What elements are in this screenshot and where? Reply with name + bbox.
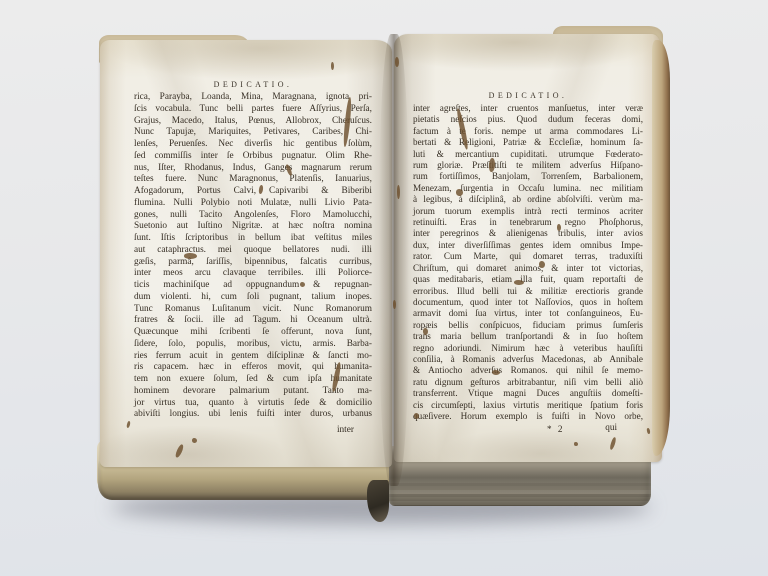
text-line: inter agreſtes, inter cruentos manſuetus… [413,103,643,114]
text-line: Nunc Tapujæ, Mariquites, Petivares, Cari… [134,127,372,139]
left-page-header: DEDICATIO. [134,80,372,89]
text-line: luti & mercantium cupiditati. utrumque F… [413,149,643,160]
text-line: documentum, quod inter tot Naſſovios, qu… [413,297,643,308]
text-line: Quæcunque mihi ſcribenti ſe offerunt, no… [134,327,372,339]
stain-mark [574,442,578,446]
right-page: DEDICATIO. inter agreſtes, inter cruento… [394,34,662,462]
stain-mark [539,261,545,268]
text-line: Chriſtum, qui domaret animos, & inter to… [413,263,643,274]
stain-mark [647,428,651,434]
text-line: gones, nulli Tacito Angolenſes, Floro Ma… [134,210,372,222]
stain-mark [609,437,617,451]
text-line: ropæis bellis conſpicuos, fiduciam primu… [413,320,643,331]
text-line: Tunc Romanus Luſitanum vicit. Nunc Roman… [134,304,372,316]
text-line: ſcis vocabula. Tunc belli partes fuere A… [134,104,372,116]
text-line: à legibus, à diſciplinâ, ab ordine abſol… [413,194,643,205]
text-line: ſidere, ſolo, populis, moribus, victu, a… [134,339,372,351]
text-line: trans maria bellum tranſportandi & in ſu… [413,331,643,342]
stain-mark [184,253,197,259]
signature-mark: * 2 [547,424,564,434]
stain-mark [456,189,463,196]
text-line: Grajus, Macedo, Italus, Pœnus, Allobrox,… [134,116,372,128]
right-page-header: DEDICATIO. [413,91,643,100]
text-line: bertati & Religioni, Patriæ & Eccleſiæ, … [413,137,643,148]
text-line: jorum tuorum exemplis intrà recti termin… [413,206,643,217]
right-page-catchword: qui [605,422,617,432]
text-line: ſed commiſſis inter ſe Orbibus pugnatur.… [134,151,372,163]
text-line: ries ferrum acuit in gentem diſciplinæ &… [134,351,372,363]
text-line: ſunt. Iſtis ſcriptoribus in bellum ibat … [134,233,372,245]
stain-mark [174,444,184,459]
photo-background: DEDICATIO. rica, Parayba, Loanda, Mina, … [0,0,768,576]
text-line: inter meos arcu clavaque terribiles. ill… [134,268,372,280]
text-line: erroribus. Illud belli tui & militiæ ere… [413,286,643,297]
text-line: teſtes fuere. Nunc Maragnonus, Platenſis… [134,174,372,186]
text-line: regno adoriundi. Nimirum hæc à veteribus… [413,343,643,354]
stain-mark [331,62,334,70]
text-line: rator. Cum Marte, qui domaret terras, tr… [413,251,643,262]
left-page: DEDICATIO. rica, Parayba, Loanda, Mina, … [100,40,392,467]
left-page-catchword: inter [134,425,354,435]
text-line: quæſivere. Horum exemplo is fuiſti in No… [413,411,643,422]
text-line: Menezam, ſurgentia in Occaſu lumina. nec… [413,183,643,194]
stain-mark [557,224,561,231]
stain-mark [492,370,500,375]
stain-mark [192,438,197,443]
text-line: Suetonio aut Iuſtino Nigritæ. at hæc noſ… [134,221,372,233]
text-line: gæſis, parmâ, ſariſſis, bipennibus, falc… [134,257,372,269]
text-line: rum fortiſſimos, Banjolam, Torrenſem, Ba… [413,171,643,182]
stain-mark [300,282,305,287]
text-line: ticis machiniſque ad oppugnandum & repug… [134,280,372,292]
stain-mark [393,300,396,309]
text-line: factum à te foris. nempe ut arma commoda… [413,126,643,137]
text-line: inter peregrinos & alienigenas tribulis,… [413,228,643,239]
text-line: retinuiſti. Eras in tenebrarum regno Pho… [413,217,643,228]
text-line: rum gloriæ. Præſtitiſti te militem adver… [413,160,643,171]
stain-mark [514,280,524,285]
text-line: lenſes, Peruenſes. Nec diverſis hic gent… [134,139,372,151]
text-line: jor virtus tua, quanto à virtutis ſede &… [134,398,372,410]
text-line: rica, Parayba, Loanda, Mina, Maragnana, … [134,92,372,104]
text-line: abiviſti longius. ubi lenis fuiſti inter… [134,409,372,421]
stain-mark [397,185,400,199]
stain-mark [414,413,419,419]
text-line: armavit domi ſua virtus, inter tot conſa… [413,308,643,319]
text-line: ratu dignum geſturos arbitrabantur, niſi… [413,377,643,388]
signature-line: * 2 qui [413,424,643,436]
text-line: flumina. Nulli Polybio noti Mulatæ, null… [134,198,372,210]
text-line: Afogadorum, Portus Calvi, Capivaribi & B… [134,186,372,198]
text-line: pietatis neſcios pius. Quod dudum fecera… [413,114,643,125]
text-line: fratres & ſocii. ille ad Tagum. hi Ocean… [134,315,372,327]
text-line: dum violenti. hi, cum ſoli pugnant, tali… [134,292,372,304]
text-line: aut cataphractus. mei quoque bellatores … [134,245,372,257]
book-gutter [379,34,409,486]
stain-mark [395,57,399,67]
stain-mark [423,328,428,335]
text-line: dux, inter diverſiſſimas gentes idem omn… [413,240,643,251]
text-line: conſilia, à Romanis adverſus Macedonas, … [413,354,643,365]
text-line: & Antiocho adverſus Romanos. qui nihil ſ… [413,365,643,376]
page-edge-browned [652,40,670,456]
right-page-text: inter agreſtes, inter cruentos manſuetus… [413,103,643,422]
text-line: cis circumſepti, laxius virtutis meritiq… [413,400,643,411]
text-line: nus, Iſter, Rhodanus, Indus, Ganges magn… [134,163,372,175]
stain-mark [126,421,131,429]
text-line: hominem devorare palmarium putant. Tanto… [134,386,372,398]
text-line: quas meditabaris, etiam illa fuit, quam … [413,274,643,285]
open-book: DEDICATIO. rica, Parayba, Loanda, Mina, … [97,28,668,520]
text-line: transferrent. Vtique magni Duces anguſti… [413,388,643,399]
